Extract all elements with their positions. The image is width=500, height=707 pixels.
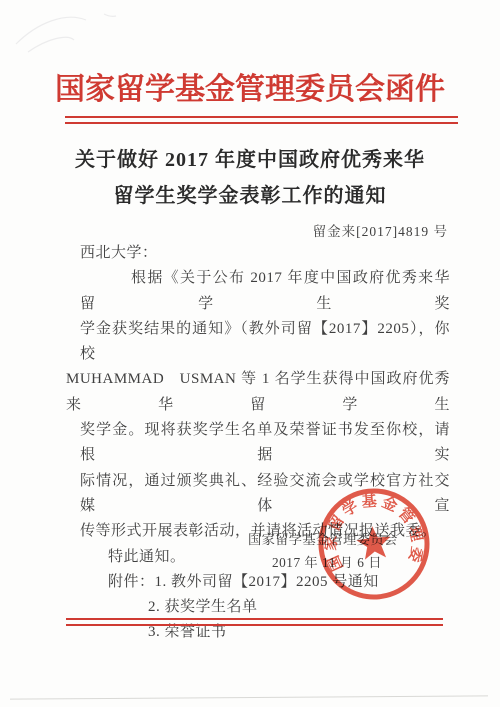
- scanned-letter-page: 国家留学基金管理委员会函件 关于做好 2017 年度中国政府优秀来华 留学生奖学…: [0, 0, 500, 707]
- document-title-line2: 留学生奖学金表彰工作的通知: [0, 179, 500, 208]
- svg-text:国家留学基金管理委员会: 国家留学基金管理委员会: [311, 481, 428, 578]
- body-line: 根据《关于公布 2017 年度中国政府优秀来华留学生奖: [80, 266, 450, 317]
- attachments-label: 附件：: [108, 574, 155, 590]
- footer-double-rule: [66, 618, 443, 626]
- page-edge-shadow: [10, 695, 488, 699]
- letterhead-double-rule: [65, 116, 458, 124]
- body-line: 奖学金。现将获奖学生名单及荣誉证书发至你校，请根据实: [80, 418, 450, 469]
- seal-star-icon: [355, 524, 392, 560]
- scan-artifact-scribble: [8, 4, 158, 64]
- official-seal: 国家留学基金管理委员会: [311, 481, 436, 606]
- body-line: 学金获奖结果的通知》（教外司留【2017】2205），你校: [80, 317, 450, 368]
- letterhead-title: 国家留学基金管理委员会函件: [0, 64, 500, 108]
- body-line-student-name: MUHAMMAD USMAN 等 1 名学生获得中国政府优秀来华留学生: [66, 367, 450, 418]
- document-title-line1: 关于做好 2017 年度中国政府优秀来华: [0, 143, 500, 172]
- seal-text: 国家留学基金管理委员会: [311, 481, 428, 578]
- reference-number: 留金来[2017]4819 号: [313, 220, 448, 240]
- addressee: 西北大学：: [80, 241, 450, 266]
